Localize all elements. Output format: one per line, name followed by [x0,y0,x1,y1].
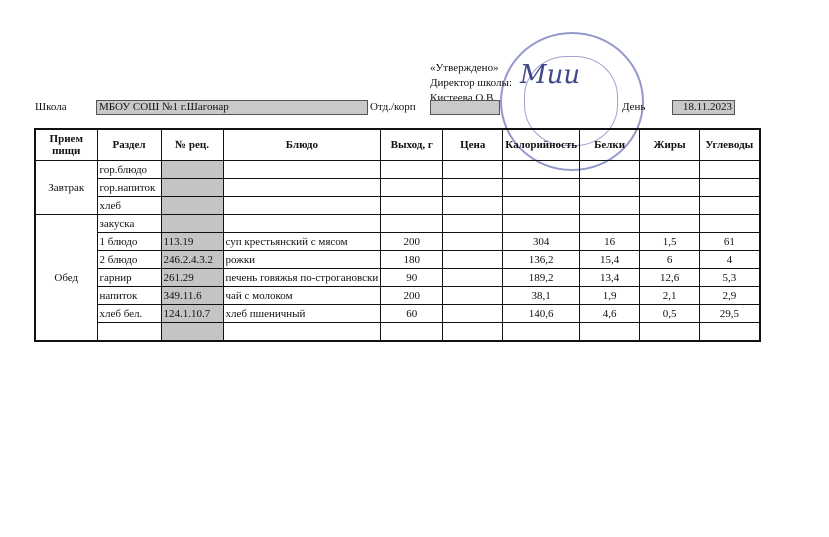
cell-protein: 15,4 [580,251,640,269]
table-row: Обедзакуска [35,215,760,233]
cell-dish: рожки [223,251,381,269]
cell-dish [223,161,381,179]
cell-carbs: 29,5 [700,305,760,323]
school-field[interactable]: МБОУ СОШ №1 г.Шагонар [96,100,368,115]
cell-dish: хлеб пшеничный [223,305,381,323]
cell-fat [640,161,700,179]
cell-protein [580,161,640,179]
cell-yield: 60 [381,305,443,323]
table-row: 1 блюдо113.19суп крестьянский с мясом200… [35,233,760,251]
column-header: Выход, г [381,129,443,161]
cell-dish [223,215,381,233]
cell-section: 1 блюдо [97,233,161,251]
cell-fat [640,179,700,197]
cell-protein [580,197,640,215]
cell-price [443,161,503,179]
cell-kcal: 189,2 [503,269,580,287]
cell-price [443,323,503,342]
cell-fat: 6 [640,251,700,269]
cell-fat: 1,5 [640,233,700,251]
director-signature: Мии [520,60,610,90]
cell-carbs: 61 [700,233,760,251]
cell-section: гарнир [97,269,161,287]
cell-kcal [503,323,580,342]
date-field[interactable]: 18.11.2023 [672,100,735,115]
cell-dish [223,179,381,197]
cell-price [443,197,503,215]
cell-price [443,287,503,305]
cell-carbs [700,197,760,215]
cell-dish: суп крестьянский с мясом [223,233,381,251]
cell-section: хлеб [97,197,161,215]
otd-field[interactable] [430,100,500,115]
cell-price [443,305,503,323]
cell-price [443,179,503,197]
otd-label: Отд./корп [370,101,416,113]
cell-kcal: 136,2 [503,251,580,269]
cell-rec [161,215,223,233]
cell-kcal [503,197,580,215]
cell-rec [161,323,223,342]
cell-price [443,215,503,233]
cell-kcal [503,215,580,233]
column-header: Цена [443,129,503,161]
cell-protein [580,215,640,233]
column-header: Калорийность [503,129,580,161]
cell-price [443,251,503,269]
column-header: Жиры [640,129,700,161]
column-header: Углеводы [700,129,760,161]
cell-protein: 16 [580,233,640,251]
column-header: Белки [580,129,640,161]
cell-carbs [700,215,760,233]
table-header-row: Прием пищиРаздел№ рец.БлюдоВыход, гЦенаК… [35,129,760,161]
cell-price [443,233,503,251]
menu-table: Прием пищиРаздел№ рец.БлюдоВыход, гЦенаК… [34,128,761,342]
cell-dish [223,323,381,342]
cell-yield: 180 [381,251,443,269]
cell-section: 2 блюдо [97,251,161,269]
cell-rec [161,197,223,215]
cell-yield [381,197,443,215]
cell-dish: печень говяжья по-строгановски [223,269,381,287]
cell-yield [381,215,443,233]
cell-carbs [700,179,760,197]
cell-section: напиток [97,287,161,305]
cell-section [97,323,161,342]
cell-fat [640,215,700,233]
cell-carbs: 4 [700,251,760,269]
cell-fat [640,323,700,342]
cell-carbs [700,323,760,342]
cell-protein [580,323,640,342]
cell-rec: 349.11.6 [161,287,223,305]
cell-kcal: 140,6 [503,305,580,323]
table-row: хлеб [35,197,760,215]
cell-rec: 246.2.4.3.2 [161,251,223,269]
cell-carbs [700,161,760,179]
column-header: № рец. [161,129,223,161]
cell-section: гор.блюдо [97,161,161,179]
school-label: Школа [35,101,67,113]
table-row: гор.напиток [35,179,760,197]
column-header: Раздел [97,129,161,161]
table-row: 2 блюдо246.2.4.3.2рожки180136,215,464 [35,251,760,269]
cell-carbs: 2,9 [700,287,760,305]
approval-position: Директор школы: [430,76,512,91]
cell-rec [161,161,223,179]
cell-yield: 200 [381,233,443,251]
cell-protein: 1,9 [580,287,640,305]
cell-rec [161,179,223,197]
cell-fat [640,197,700,215]
cell-kcal [503,161,580,179]
cell-protein: 13,4 [580,269,640,287]
cell-yield [381,179,443,197]
cell-kcal [503,179,580,197]
table-row: напиток349.11.6чай с молоком20038,11,92,… [35,287,760,305]
day-label: День [622,101,645,113]
table-row: гарнир261.29печень говяжья по-строгановс… [35,269,760,287]
cell-kcal: 38,1 [503,287,580,305]
cell-yield: 90 [381,269,443,287]
cell-protein [580,179,640,197]
column-header: Блюдо [223,129,381,161]
cell-yield [381,161,443,179]
cell-protein: 4,6 [580,305,640,323]
table-row [35,323,760,342]
table-row: хлеб бел.124.1.10.7хлеб пшеничный60140,6… [35,305,760,323]
cell-dish: чай с молоком [223,287,381,305]
cell-kcal: 304 [503,233,580,251]
cell-price [443,269,503,287]
meal-name: Завтрак [35,161,97,215]
cell-rec: 124.1.10.7 [161,305,223,323]
cell-yield [381,323,443,342]
cell-section: закуска [97,215,161,233]
cell-section: хлеб бел. [97,305,161,323]
approval-title: «Утверждено» [430,61,512,76]
table-row: Завтракгор.блюдо [35,161,760,179]
cell-rec: 261.29 [161,269,223,287]
cell-fat: 2,1 [640,287,700,305]
cell-dish [223,197,381,215]
cell-fat: 12,6 [640,269,700,287]
cell-section: гор.напиток [97,179,161,197]
meal-name: Обед [35,215,97,342]
cell-fat: 0,5 [640,305,700,323]
column-header: Прием пищи [35,129,97,161]
cell-rec: 113.19 [161,233,223,251]
cell-yield: 200 [381,287,443,305]
cell-carbs: 5,3 [700,269,760,287]
